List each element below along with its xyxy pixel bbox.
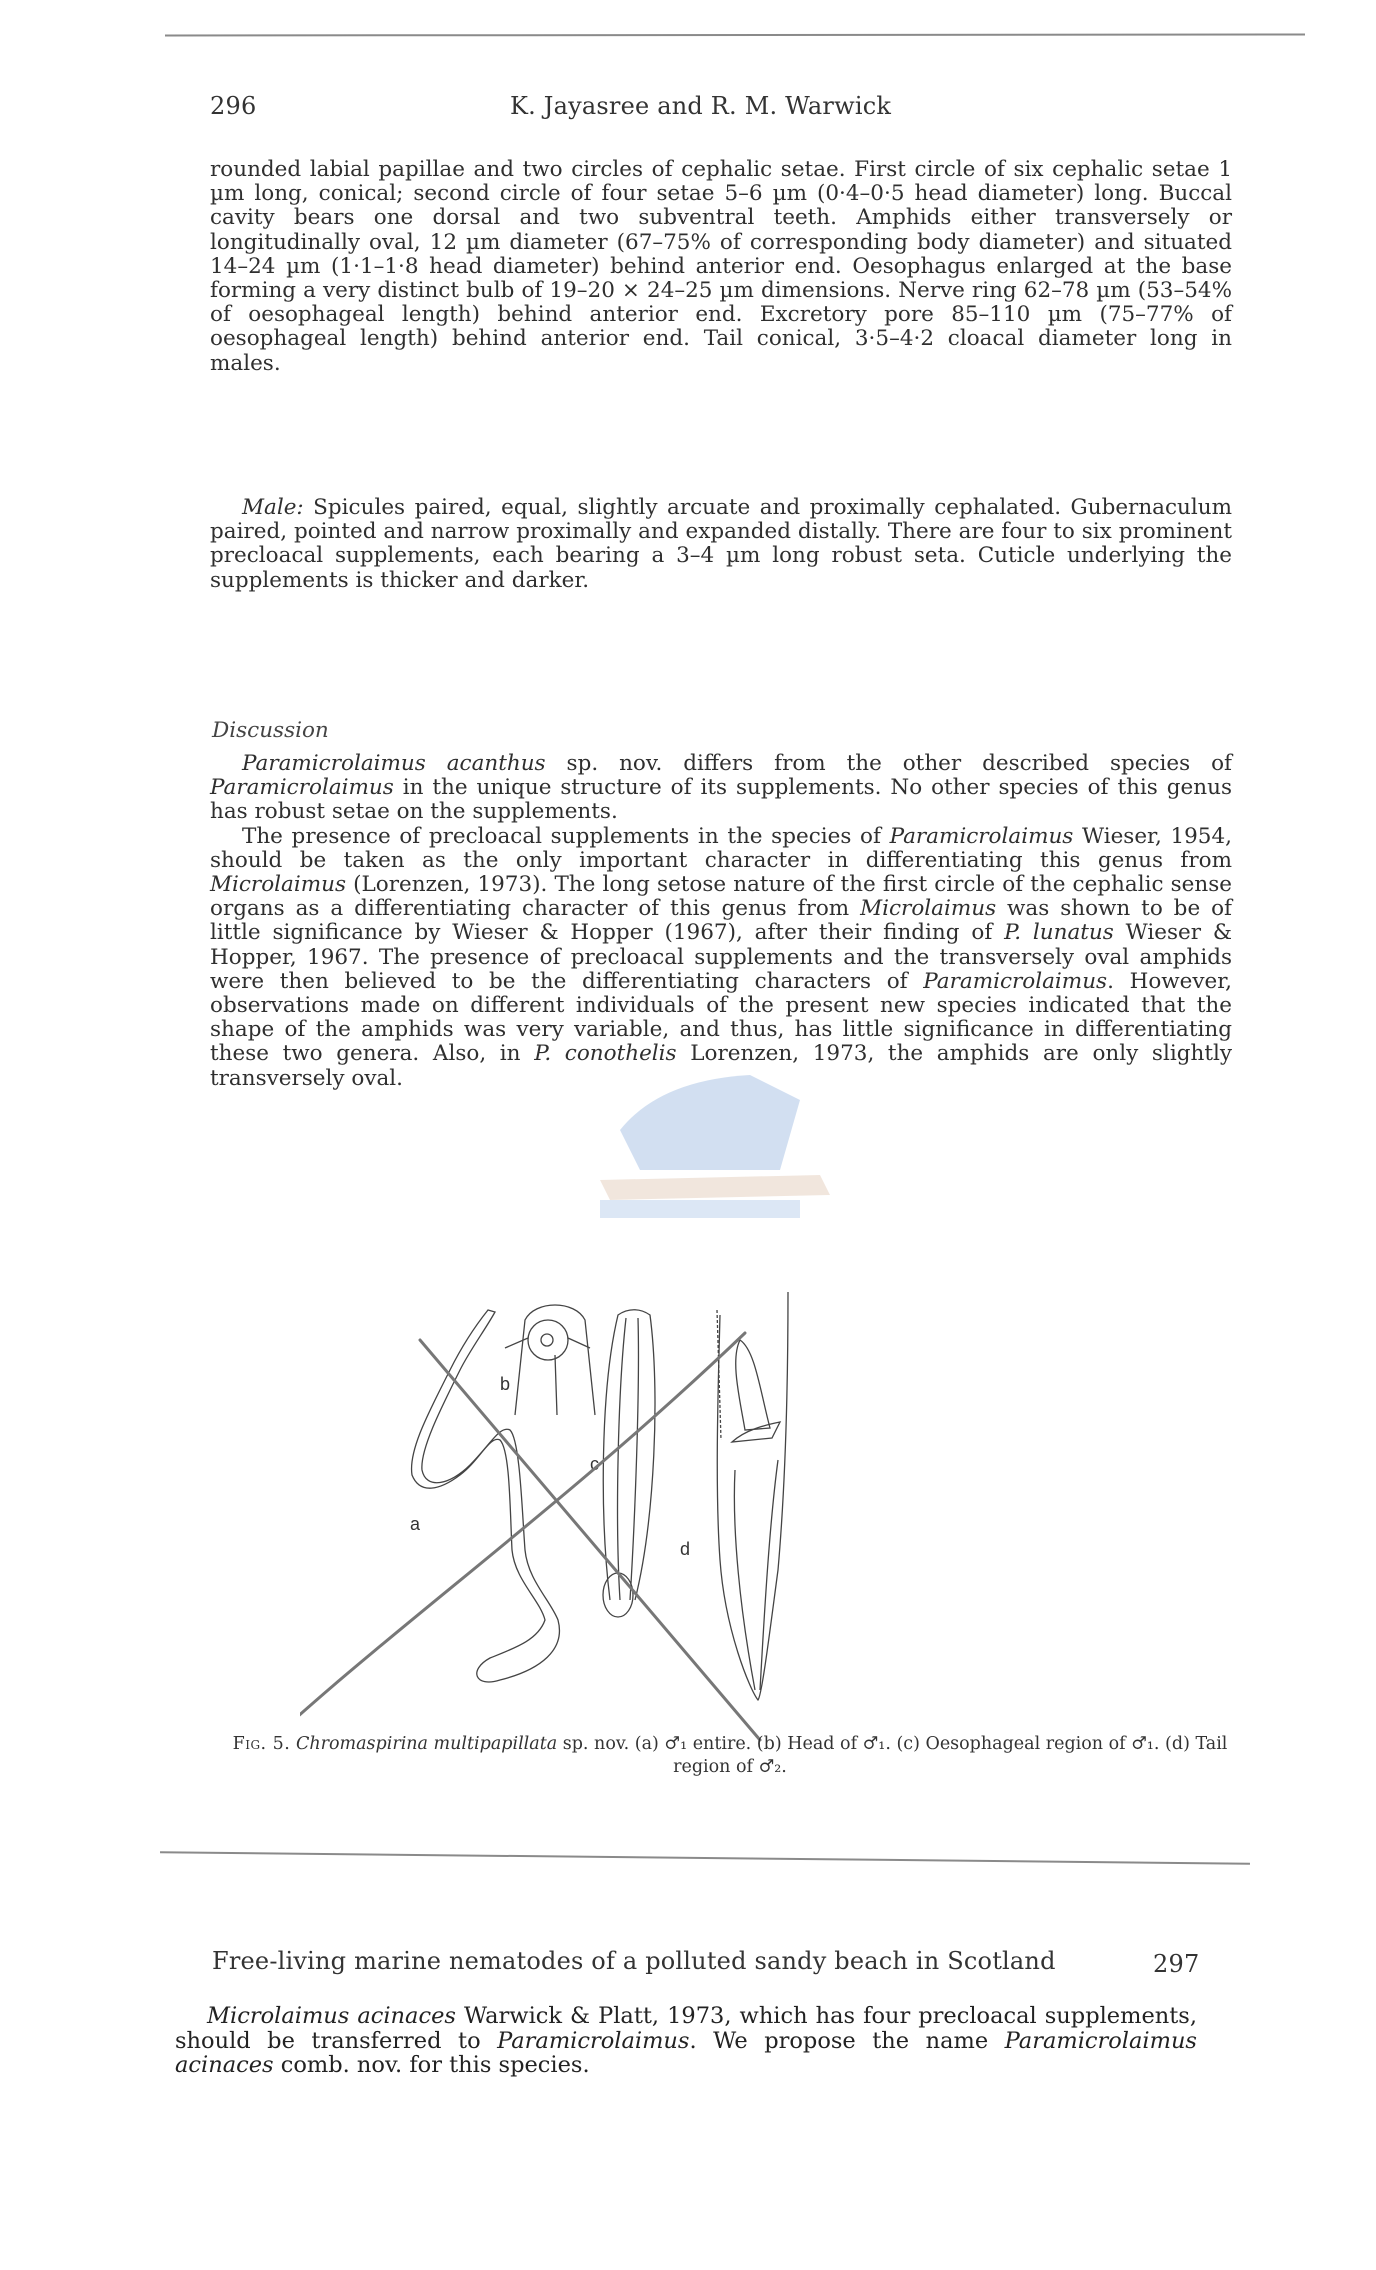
panel-d-tail <box>717 1292 788 1700</box>
description-paragraph: rounded labial papillae and two circles … <box>210 158 1232 376</box>
discussion-paragraph-2: The presence of precloacal supplements i… <box>210 825 1232 1091</box>
species-name: Paramicrolaimus acanthus <box>242 751 546 776</box>
genus-name: Paramicrolaimus <box>890 824 1074 849</box>
cross-out-stroke-2 <box>300 1333 745 1780</box>
figure-5: b a c d <box>300 1270 1060 1810</box>
species-name: P. conothelis <box>534 1041 676 1066</box>
discussion-body: Paramicrolaimus acanthus sp. nov. differ… <box>210 752 1232 1091</box>
running-head-title: Free-living marine nematodes of a pollut… <box>212 1947 1056 1975</box>
genus-name: Paramicrolaimus <box>210 775 394 800</box>
text-run: . We propose the name <box>689 2028 1004 2054</box>
running-head-authors: K. Jayasree and R. M. Warwick <box>510 92 891 120</box>
male-label: Male: <box>242 495 304 520</box>
caption-text: sp. nov. (a) ♂₁ entire. (b) Head of ♂₁. … <box>557 1734 1227 1777</box>
figure-label: Fig. 5. <box>233 1734 291 1754</box>
page-number-right: 297 <box>1153 1950 1199 1978</box>
description-text: rounded labial papillae and two circles … <box>210 158 1232 376</box>
species-name: Microlaimus acinaces <box>207 2003 456 2029</box>
genus-name: Paramicrolaimus <box>497 2028 689 2054</box>
genus-name: Paramicrolaimus <box>923 969 1107 994</box>
species-name: P. lunatus <box>1004 920 1114 945</box>
text-run: sp. nov. differs from the other describe… <box>546 751 1232 776</box>
page-break-rule <box>160 1851 1250 1864</box>
figure-caption: Fig. 5. Chromaspirina multipapillata sp.… <box>210 1733 1250 1779</box>
genus-name: Microlaimus <box>210 872 346 897</box>
panel-label-d: d <box>680 1539 690 1559</box>
page-top-rule <box>165 34 1305 37</box>
species-transfer-paragraph: Microlaimus acinaces Warwick & Platt, 19… <box>175 2004 1197 2078</box>
discussion-paragraph-1: Paramicrolaimus acanthus sp. nov. differ… <box>210 752 1232 825</box>
male-text: Spicules paired, equal, slightly arcuate… <box>210 495 1232 593</box>
nematode-drawing: b a c d <box>300 1270 1060 1810</box>
discussion-heading: Discussion <box>212 718 329 743</box>
panel-label-a: a <box>410 1514 421 1534</box>
genus-name: Microlaimus <box>860 896 996 921</box>
caption-species: Chromaspirina multipapillata <box>296 1734 557 1754</box>
cross-out-stroke-1 <box>420 1340 760 1740</box>
panel-label-b: b <box>500 1374 510 1394</box>
panel-a-body <box>412 1310 560 1682</box>
text-run: comb. nov. for this species. <box>274 2052 590 2078</box>
page-number-left: 296 <box>210 92 256 120</box>
text-run: The presence of precloacal supplements i… <box>242 824 890 849</box>
male-paragraph: Male: Spicules paired, equal, slightly a… <box>210 496 1232 593</box>
